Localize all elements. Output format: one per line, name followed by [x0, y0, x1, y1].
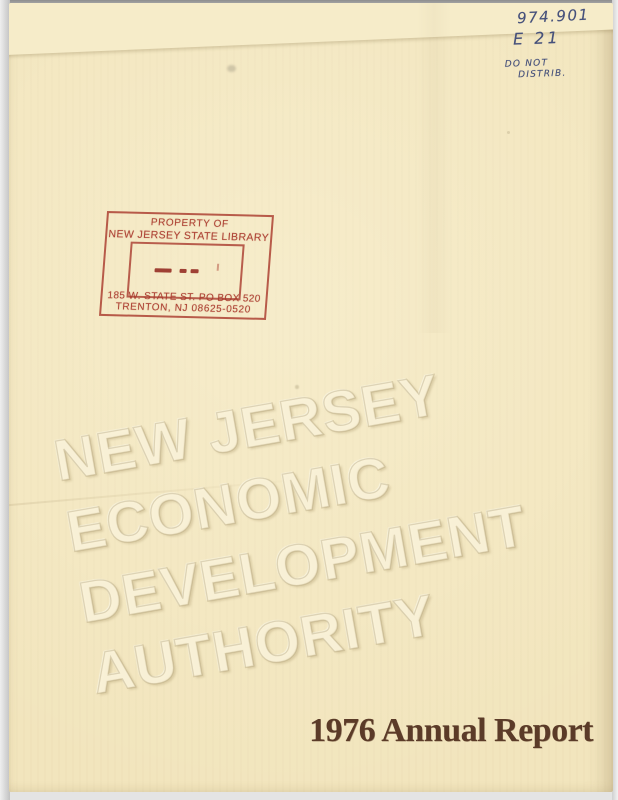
- scanned-page: 974.901 E 21 DO NOT DISTRIB. PROPERTY OF…: [0, 0, 618, 800]
- note-line2: DISTRIB.: [518, 67, 605, 80]
- stamp-dash-long: [154, 268, 171, 272]
- stamp-dash-short: [179, 269, 186, 273]
- paper-smudge: [227, 65, 236, 72]
- handwritten-call-number: 974.901 E 21 DO NOT DISTRIB.: [505, 7, 605, 79]
- report-cover-page: 974.901 E 21 DO NOT DISTRIB. PROPERTY OF…: [9, 3, 613, 792]
- call-number-line2: E 21: [513, 26, 606, 48]
- stamp-dash-short: [190, 269, 198, 273]
- report-title: 1976 Annual Report: [309, 712, 593, 750]
- paper-streak: [417, 3, 451, 333]
- embossed-authority-watermark: NEW JERSEY ECONOMIC DEVELOPMENT AUTHORIT…: [49, 348, 545, 710]
- paper-speck: [507, 131, 510, 134]
- library-property-stamp: PROPERTY OF NEW JERSEY STATE LIBRARY 185…: [99, 211, 274, 320]
- call-number-line1: 974.901: [517, 5, 606, 28]
- handwritten-note: DO NOT DISTRIB.: [505, 56, 606, 80]
- stamp-faint-mark: [217, 264, 220, 271]
